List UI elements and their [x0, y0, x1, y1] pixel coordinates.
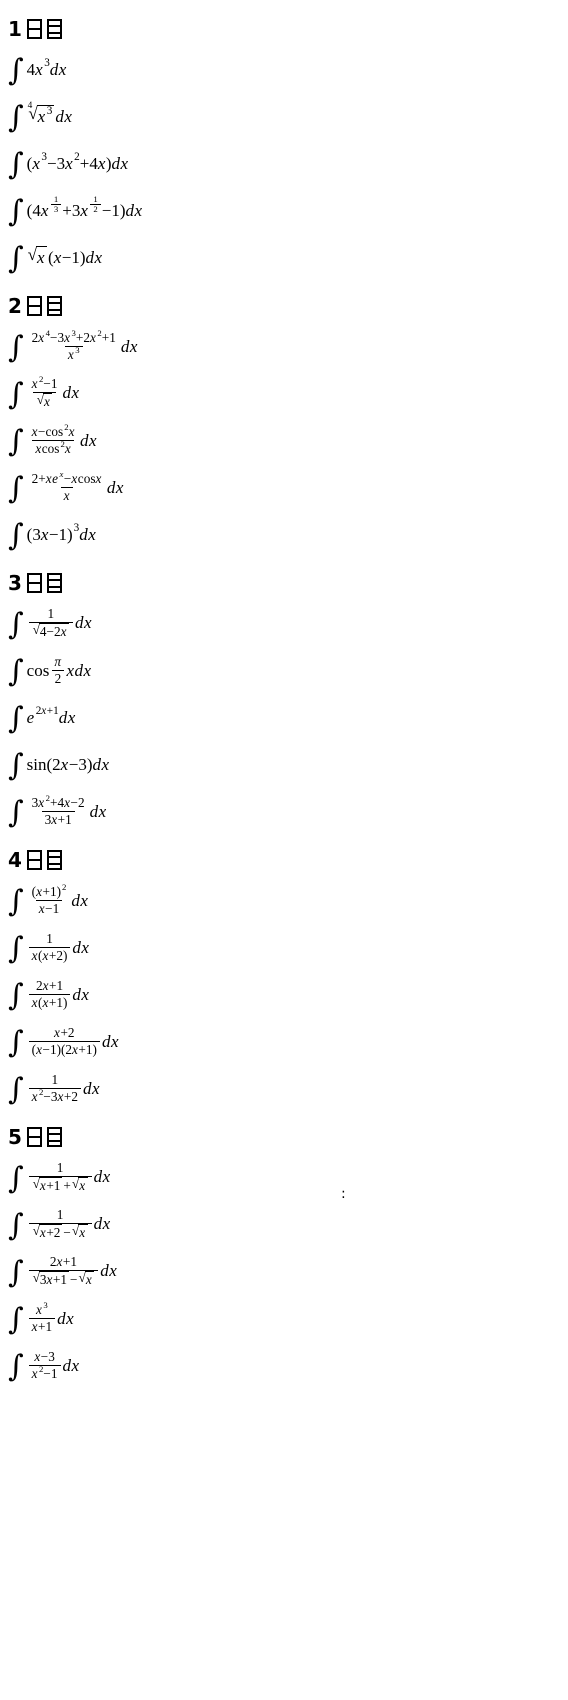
numerator: 2x+1 — [47, 1254, 80, 1270]
sqrt-radical: √x+1 — [33, 1177, 63, 1195]
numerator: 2x+1 — [33, 978, 66, 994]
numerator: x+2 — [51, 1025, 78, 1041]
formula-body: 4x3dx — [27, 60, 67, 80]
fraction: 1x(x+2) — [29, 931, 71, 964]
integral-sign: ∫ — [8, 521, 24, 551]
integral-formula: ∫1x2−3x+2dx — [8, 1065, 143, 1112]
day-section: 1∫4x3dx∫4√x3dx∫(x3−3x2+4x)dx∫(4x13+3x12−… — [8, 17, 143, 281]
numerator: x−cos2 x — [29, 424, 78, 440]
sqrt-radical: √x — [72, 1224, 88, 1242]
numerator: 1 — [54, 1207, 67, 1223]
integral-formula: ∫x−cos2 xx cos2 xdx — [8, 417, 143, 464]
integral-formula: ∫x3x+1dx — [8, 1295, 143, 1342]
integral-sign: ∫ — [8, 1352, 24, 1382]
kanji-day-icon — [27, 19, 42, 39]
superscript: 4 — [46, 328, 50, 339]
sections-container: 1∫4x3dx∫4√x3dx∫(x3−3x2+4x)dx∫(4x13+3x12−… — [8, 4, 143, 1389]
numerator: 1 — [51, 195, 61, 204]
denominator: x2−3x+2 — [29, 1088, 81, 1105]
radicand: 3x+1 — [39, 1271, 69, 1289]
sqrt-radical: √x+2 — [33, 1224, 63, 1242]
formula-body: 2+xex−x cos xxdx — [27, 471, 124, 504]
function-name: cos — [27, 661, 50, 681]
day-heading: 1 — [8, 17, 143, 41]
integral-sign: ∫ — [8, 610, 24, 640]
integral-sign: ∫ — [8, 244, 24, 274]
denominator: x+1 — [29, 1318, 56, 1335]
superscript: 2 — [60, 439, 64, 450]
day-section: 5∫1√x+1+√xdx∫1√x+2−√xdx∫2x+1√3x+1−√xdx∫x… — [8, 1125, 143, 1389]
numerator: x−3 — [31, 1349, 58, 1365]
day-heading: 3 — [8, 571, 143, 595]
radicand: x — [78, 1224, 87, 1242]
kanji-me-icon — [47, 573, 62, 593]
integral-formula: ∫x−3x2−1dx — [8, 1342, 143, 1389]
day-number: 1 — [8, 19, 22, 39]
denominator: 3x+1 — [42, 811, 75, 828]
formula-body: x−3x2−1dx — [27, 1349, 80, 1382]
formula-body: (x3−3x2+4x)dx — [27, 154, 129, 174]
numerator: x2−1 — [29, 376, 61, 392]
numerator: (x+1)2 — [29, 884, 70, 900]
fraction: 2x+1√3x+1−√x — [29, 1254, 99, 1288]
numerator: 1 — [49, 1072, 62, 1088]
formula-body: sin(2x−3)dx — [27, 755, 110, 775]
formula-body: 1x2−3x+2dx — [27, 1072, 100, 1105]
numerator: 1 — [43, 931, 56, 947]
formula-body: 1√x+2−√xdx — [27, 1207, 111, 1241]
integral-formula: ∫√x(x−1)dx — [8, 234, 143, 281]
integral-sign: ∫ — [8, 1258, 24, 1288]
formula-body: x−cos2 xx cos2 xdx — [27, 424, 97, 457]
numerator: 1 — [54, 1160, 67, 1176]
integral-sign: ∫ — [8, 704, 24, 734]
radicand: x3 — [37, 105, 55, 127]
radicand: x+1 — [39, 1177, 63, 1195]
superscript: 3 — [75, 345, 79, 356]
integral-sign: ∫ — [8, 333, 24, 363]
denominator: √4−2x — [29, 622, 73, 641]
superscript: 13 — [50, 195, 62, 214]
denominator: (x−1)(2x+1) — [29, 1041, 100, 1058]
fraction: x+2(x−1)(2x+1) — [29, 1025, 100, 1058]
radicand: x — [78, 1177, 87, 1195]
integral-sign: ∫ — [8, 56, 24, 86]
denominator: √x+2−√x — [29, 1223, 92, 1242]
integral-sign: ∫ — [8, 981, 24, 1011]
fraction: x3x+1 — [29, 1302, 56, 1335]
integral-formula: ∫1√x+1+√xdx — [8, 1154, 143, 1201]
denominator: x3 — [65, 346, 83, 363]
fraction: 1x2−3x+2 — [29, 1072, 81, 1105]
integral-formula: ∫(x3−3x2+4x)dx — [8, 140, 143, 187]
superscript: 3 — [41, 151, 47, 163]
superscript: 2 — [97, 328, 101, 339]
integral-formula: ∫(3x−1)3dx — [8, 511, 143, 558]
formula-body: 2x+1√3x+1−√xdx — [27, 1254, 118, 1288]
superscript: 2 — [74, 151, 80, 163]
denominator: √x+1+√x — [29, 1176, 92, 1195]
integral-sign: ∫ — [8, 103, 24, 133]
integral-formula: ∫x2−1√xdx — [8, 370, 143, 417]
formula-body: e2x+1dx — [27, 708, 76, 728]
superscript: 2 — [62, 882, 66, 893]
day-number: 5 — [8, 1127, 22, 1147]
day-section: 3∫1√4−2xdx∫cosπ2xdx∫e2x+1dx∫sin(2x−3)dx∫… — [8, 571, 143, 835]
numerator: 2x4−3x3+2x2+1 — [29, 330, 119, 346]
superscript: 3 — [74, 522, 80, 534]
fraction: 2+xex−x cos xx — [29, 471, 105, 504]
integral-formula: ∫1x(x+2)dx — [8, 924, 143, 971]
integral-sign: ∫ — [8, 798, 24, 828]
fraction: 12 — [90, 195, 100, 214]
denominator: 2 — [52, 670, 65, 687]
denominator: x(x+1) — [29, 994, 71, 1011]
kanji-day-icon — [27, 296, 42, 316]
superscript: 12 — [89, 195, 101, 214]
sqrt-radical: √x — [28, 246, 47, 268]
formula-body: 1√x+1+√xdx — [27, 1160, 111, 1194]
integral-sign: ∫ — [8, 751, 24, 781]
formula-body: 1√4−2xdx — [27, 606, 92, 640]
sqrt-radical: √x — [72, 1177, 88, 1195]
fraction: x2−1√x — [29, 376, 61, 410]
superscript: 3 — [43, 1300, 47, 1311]
superscript: 2 — [64, 422, 68, 433]
sqrt-radical: √x — [37, 393, 53, 411]
fraction: (x+1)2x−1 — [29, 884, 70, 917]
integral-formula: ∫1√x+2−√xdx — [8, 1201, 143, 1248]
sqrt-radical: √3x+1 — [33, 1271, 69, 1289]
formula-body: (4x13+3x12−1)dx — [27, 201, 143, 221]
integral-sign: ∫ — [8, 197, 24, 227]
fraction: π2 — [51, 654, 64, 687]
formula-body: 2x+1x(x+1)dx — [27, 978, 90, 1011]
formula-body: x2−1√xdx — [27, 376, 80, 410]
formula-body: 3x2+4x−23x+1dx — [27, 795, 107, 828]
kanji-day-icon — [27, 850, 42, 870]
formula-body: cosπ2xdx — [27, 654, 92, 687]
integral-sign: ∫ — [8, 1305, 24, 1335]
day-heading: 5 — [8, 1125, 143, 1149]
integral-sign: ∫ — [8, 1211, 24, 1241]
fraction: x−cos2 xx cos2 x — [29, 424, 78, 457]
superscript: 3 — [47, 104, 53, 118]
denominator: x2−1 — [29, 1365, 61, 1382]
superscript: 2x+1 — [36, 705, 59, 717]
day-section: 2∫2x4−3x3+2x2+1x3dx∫x2−1√xdx∫x−cos2 xx c… — [8, 294, 143, 558]
integral-formula: ∫2x+1√3x+1−√xdx — [8, 1248, 143, 1295]
numerator: 1 — [45, 606, 58, 622]
radicand: x+2 — [39, 1224, 63, 1242]
formula-body: 2x4−3x3+2x2+1x3dx — [27, 330, 138, 363]
superscript: 3 — [44, 57, 50, 69]
integral-formula: ∫2x4−3x3+2x2+1x3dx — [8, 323, 143, 370]
fraction: 1√x+2−√x — [29, 1207, 92, 1241]
superscript: 3 — [72, 328, 76, 339]
function-name: cos — [78, 471, 96, 487]
function-name: cos — [46, 424, 64, 440]
numerator: 3x2+4x−2 — [29, 795, 88, 811]
numerator: x3 — [33, 1302, 51, 1318]
integral-formula: ∫(4x13+3x12−1)dx — [8, 187, 143, 234]
integral-formula: ∫4√x3dx — [8, 93, 143, 140]
numerator: π — [51, 654, 64, 670]
integral-sign: ∫ — [8, 474, 24, 504]
day-number: 2 — [8, 296, 22, 316]
fraction: x−3x2−1 — [29, 1349, 61, 1382]
formula-body: (3x−1)3dx — [27, 525, 97, 545]
denominator: 3 — [51, 204, 61, 214]
numerator: 2+xex−x cos x — [29, 471, 105, 487]
superscript: 2 — [39, 374, 43, 385]
sqrt-radical: 4√x3 — [28, 105, 55, 127]
formula-body: (x+1)2x−1dx — [27, 884, 89, 917]
kanji-me-icon — [47, 19, 62, 39]
radicand: x — [43, 393, 52, 411]
radicand: x — [36, 246, 47, 268]
superscript: x — [60, 469, 64, 480]
kanji-me-icon — [47, 850, 62, 870]
worksheet-page: 1∫4x3dx∫4√x3dx∫(x3−3x2+4x)dx∫(4x13+3x12−… — [0, 0, 568, 1700]
day-heading: 4 — [8, 848, 143, 872]
radicand: x — [85, 1271, 94, 1289]
integral-formula: ∫e2x+1dx — [8, 694, 143, 741]
function-name: cos — [42, 441, 60, 457]
integral-formula: ∫4x3dx — [8, 46, 143, 93]
day-number: 4 — [8, 850, 22, 870]
radicand: 4−2x — [39, 623, 69, 641]
denominator: √3x+1−√x — [29, 1270, 99, 1289]
fraction: 2x4−3x3+2x2+1x3 — [29, 330, 119, 363]
formula-body: x+2(x−1)(2x+1)dx — [27, 1025, 119, 1058]
kanji-day-icon — [27, 573, 42, 593]
fraction: 13 — [51, 195, 61, 214]
numerator: 1 — [90, 195, 100, 204]
root-index: 4 — [28, 101, 33, 123]
function-name: sin — [27, 755, 47, 775]
fraction: 2x+1x(x+1) — [29, 978, 71, 1011]
formula-body: √x(x−1)dx — [27, 246, 103, 268]
integral-sign: ∫ — [8, 1075, 24, 1105]
kanji-day-icon — [27, 1127, 42, 1147]
integral-sign: ∫ — [8, 380, 24, 410]
sqrt-radical: √x — [79, 1271, 95, 1289]
integral-sign: ∫ — [8, 1164, 24, 1194]
integral-sign: ∫ — [8, 934, 24, 964]
kanji-me-icon — [47, 296, 62, 316]
denominator: x cos2 x — [32, 440, 74, 457]
denominator: x−1 — [36, 900, 63, 917]
formula-body: 1x(x+2)dx — [27, 931, 90, 964]
day-heading: 2 — [8, 294, 143, 318]
formula-body: x3x+1dx — [27, 1302, 75, 1335]
sqrt-radical: √4−2x — [33, 623, 69, 641]
integral-sign: ∫ — [8, 427, 24, 457]
integral-formula: ∫3x2+4x−23x+1dx — [8, 788, 143, 835]
denominator: 2 — [90, 204, 100, 214]
integral-formula: ∫1√4−2xdx — [8, 600, 143, 647]
superscript: 2 — [39, 1364, 43, 1375]
stray-colon-mark: : — [341, 1186, 346, 1202]
integral-formula: ∫(x+1)2x−1dx — [8, 877, 143, 924]
kanji-me-icon — [47, 1127, 62, 1147]
integral-sign: ∫ — [8, 150, 24, 180]
integral-formula: ∫x+2(x−1)(2x+1)dx — [8, 1018, 143, 1065]
integral-formula: ∫sin(2x−3)dx — [8, 741, 143, 788]
fraction: 3x2+4x−23x+1 — [29, 795, 88, 828]
superscript: 2 — [46, 793, 50, 804]
denominator: x — [61, 487, 73, 504]
superscript: 2 — [39, 1087, 43, 1098]
integral-sign: ∫ — [8, 887, 24, 917]
integral-formula: ∫cosπ2xdx — [8, 647, 143, 694]
fraction: 1√x+1+√x — [29, 1160, 92, 1194]
denominator: √x — [33, 392, 57, 411]
integral-sign: ∫ — [8, 1028, 24, 1058]
day-number: 3 — [8, 573, 22, 593]
denominator: x(x+2) — [29, 947, 71, 964]
day-section: 4∫(x+1)2x−1dx∫1x(x+2)dx∫2x+1x(x+1)dx∫x+2… — [8, 848, 143, 1112]
fraction: 1√4−2x — [29, 606, 73, 640]
integral-formula: ∫2+xex−x cos xxdx — [8, 464, 143, 511]
integral-formula: ∫2x+1x(x+1)dx — [8, 971, 143, 1018]
integral-sign: ∫ — [8, 657, 24, 687]
formula-body: 4√x3dx — [27, 105, 73, 127]
